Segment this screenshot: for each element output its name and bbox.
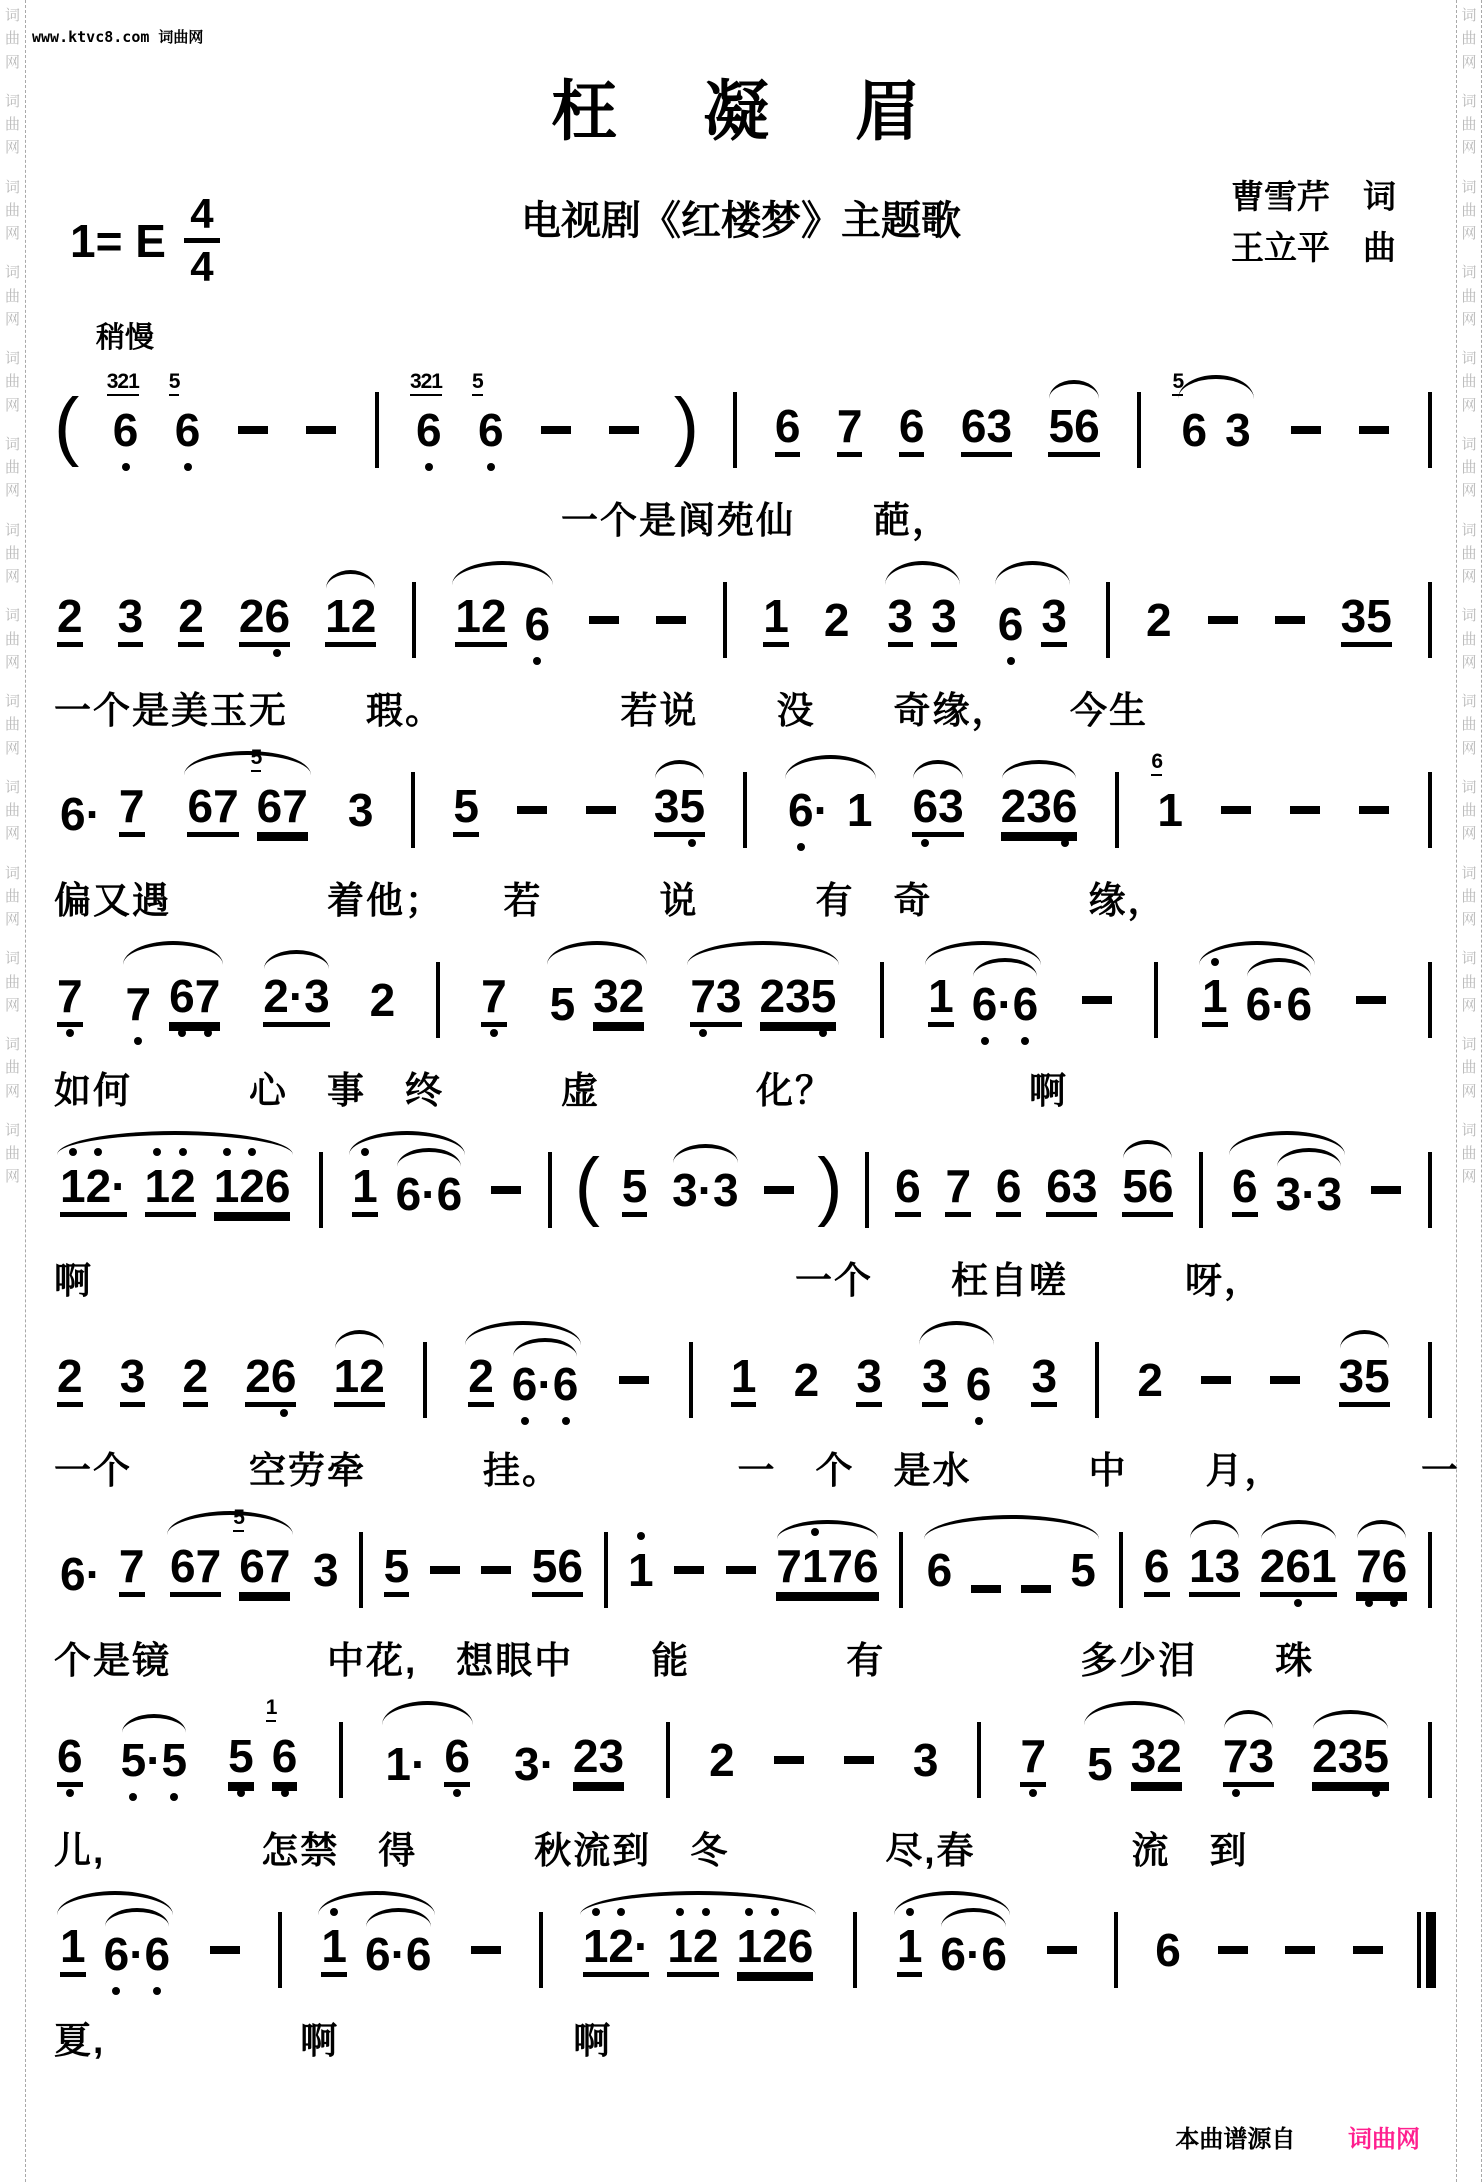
note-digit: 3 xyxy=(304,973,330,1019)
barline xyxy=(1428,582,1432,658)
note-group: 563 xyxy=(1178,407,1253,453)
note-digit: 6 xyxy=(966,1361,992,1407)
note-token: 56 xyxy=(1048,403,1099,457)
note-digit: 5 xyxy=(1363,1733,1389,1779)
note-token: 1 xyxy=(628,1547,654,1593)
barline xyxy=(733,392,737,468)
side-watermark-char: 词 xyxy=(0,519,25,542)
note-digit: 7 xyxy=(481,973,507,1019)
note-token: 6· xyxy=(60,1551,101,1597)
note-token: 235 xyxy=(760,973,837,1027)
note-token: 3 xyxy=(913,1737,939,1783)
note-digit: 2 xyxy=(239,593,265,639)
dash-note xyxy=(1353,1946,1383,1954)
note-token: 5 xyxy=(228,1733,254,1787)
time-bottom: 4 xyxy=(190,246,213,288)
barline xyxy=(865,1152,869,1228)
note-token: 7 xyxy=(1020,1733,1046,1787)
note-token: 1 xyxy=(928,973,954,1027)
note-digit: 1 xyxy=(928,973,954,1019)
grace-note: 6 xyxy=(1151,751,1162,776)
lyrics-row: 一个是美玉无 瑕。 若说 没 奇缘， 今生 xyxy=(54,680,1436,740)
note-digit: 6 xyxy=(187,783,213,829)
barline xyxy=(1428,1722,1432,1798)
note-token: 56 xyxy=(532,1543,583,1597)
note-digit: 3 xyxy=(1339,1353,1365,1399)
side-watermark-gap xyxy=(1457,931,1481,947)
note-token: 67 xyxy=(187,783,238,837)
note-token: 12 xyxy=(145,1163,196,1217)
side-watermark-left: 词曲网词曲网词曲网词曲网词曲网词曲网词曲网词曲网词曲网词曲网词曲网词曲网词曲网词… xyxy=(0,0,26,2182)
dash-note xyxy=(1285,1946,1315,1954)
note-token: 5 xyxy=(1087,1741,1113,1787)
side-watermark-char: 网 xyxy=(0,222,25,245)
note-digit: 2 xyxy=(86,1163,112,1209)
note-token: 2 xyxy=(794,1357,820,1403)
note-digit: · xyxy=(1271,981,1286,1027)
notes-row: 65·55161·63·2323753273235 xyxy=(54,1700,1436,1820)
note-token: 26 xyxy=(239,593,290,647)
side-watermark-char: 网 xyxy=(1457,394,1481,417)
note-digit: 7 xyxy=(126,981,152,1027)
side-watermark-char: 词 xyxy=(1457,261,1481,284)
parenthesis: ) xyxy=(674,392,699,460)
side-watermark-gap xyxy=(0,331,25,347)
note-token: 73 xyxy=(1223,1733,1274,1787)
note-token: 3 xyxy=(348,787,374,833)
barline xyxy=(278,1912,282,1988)
barline xyxy=(723,582,727,658)
note-token: 3 xyxy=(1031,1353,1057,1407)
side-watermark-char: 词 xyxy=(1457,862,1481,885)
side-watermark-char: 曲 xyxy=(1457,199,1481,222)
barline xyxy=(423,1342,427,1418)
note-digit: 3 xyxy=(1341,593,1367,639)
note-digit: 7 xyxy=(776,1543,802,1589)
note-digit: 6 xyxy=(257,783,283,829)
note-token: 3 xyxy=(922,1353,948,1407)
barline xyxy=(1119,1532,1123,1608)
note-token: 1 xyxy=(731,1353,757,1407)
note-digit: 1 xyxy=(737,1923,763,1969)
side-watermark-char: 曲 xyxy=(0,542,25,565)
lyrics-row: 偏又遇 着他； 若 说 有 奇 缘， xyxy=(54,870,1436,930)
side-watermark-char: 网 xyxy=(1457,1165,1481,1188)
note-token: 2 xyxy=(57,1353,83,1407)
note-token: 5 xyxy=(453,783,479,837)
side-watermark-char: 词 xyxy=(0,690,25,713)
note-digit: 1 xyxy=(385,1741,411,1787)
note-digit: 6 xyxy=(169,973,195,1019)
note-group: 73235 xyxy=(687,973,839,1027)
dash-note xyxy=(210,1946,240,1954)
barline xyxy=(359,1532,363,1608)
note-digit: 6 xyxy=(175,407,201,453)
note-token: 6·6 xyxy=(365,1931,432,1977)
notes-row: 12·1212616·6(53·3)676635663·3 xyxy=(54,1130,1436,1250)
dash-note xyxy=(1359,806,1389,814)
note-digit: 5 xyxy=(622,1163,648,1209)
side-watermark-char: 网 xyxy=(1457,136,1481,159)
notes-row: 6·76756735356·16323661 xyxy=(54,750,1436,870)
note-digit: 2 xyxy=(370,977,396,1023)
note-token: 12· xyxy=(583,1923,650,1977)
note-token: 2 xyxy=(57,593,83,647)
side-watermark-char: 曲 xyxy=(1457,885,1481,908)
side-watermark-char: 曲 xyxy=(1457,113,1481,136)
note-digit: 6 xyxy=(1285,1543,1311,1589)
note-token: 6 xyxy=(1144,1543,1170,1597)
note-token: 61 xyxy=(1157,787,1183,833)
side-watermark-char: 词 xyxy=(0,947,25,970)
note-digit: 3 xyxy=(120,1353,146,1399)
note-digit: 1 xyxy=(145,1163,171,1209)
note-token: 12· xyxy=(60,1163,127,1217)
note-digit: 5 xyxy=(532,1543,558,1589)
side-watermark-char: 曲 xyxy=(1457,27,1481,50)
note-digit: 1 xyxy=(667,1923,693,1969)
side-watermark-char: 网 xyxy=(0,136,25,159)
lyrics-row: 一个 空劳牵 挂。 一 个 是水 中 月， 一 xyxy=(54,1440,1436,1500)
note-digit: 3 xyxy=(713,1167,739,1213)
key-text: 1= E xyxy=(70,214,166,268)
note-token: 3216 xyxy=(416,407,442,453)
note-token: 6 xyxy=(998,601,1024,647)
side-watermark-char: 网 xyxy=(0,1080,25,1103)
note-token: 3 xyxy=(888,593,914,647)
note-digit: 2 xyxy=(709,1737,735,1783)
note-digit: 3 xyxy=(1215,1543,1241,1589)
side-watermark-gap xyxy=(1457,588,1481,604)
note-digit: 1 xyxy=(1157,787,1183,833)
key-signature: 1= E 4 4 xyxy=(70,193,220,288)
dash-note xyxy=(238,426,268,434)
note-digit: 6 xyxy=(1148,1163,1174,1209)
side-watermark-char: 网 xyxy=(0,822,25,845)
side-watermark-gap xyxy=(1457,674,1481,690)
note-digit: 2 xyxy=(608,1923,634,1969)
note-digit: 6 xyxy=(170,1543,196,1589)
notes-row: 6·7675673556171766561326176 xyxy=(54,1510,1436,1630)
barline xyxy=(1428,1342,1432,1418)
note-token: 5 xyxy=(1070,1547,1096,1593)
note-digit: 5 xyxy=(162,1737,188,1783)
grace-note: 5 xyxy=(233,1507,244,1532)
barline xyxy=(436,962,440,1038)
note-digit: · xyxy=(814,787,829,833)
dash-note xyxy=(589,616,619,624)
composer-credit: 王立平 曲 xyxy=(1231,222,1396,273)
note-digit: 6 xyxy=(145,1931,171,1977)
note-digit: 1 xyxy=(628,1547,654,1593)
note-digit: 3 xyxy=(654,783,680,829)
side-watermark-char: 词 xyxy=(0,261,25,284)
note-digit: 6 xyxy=(940,1931,966,1977)
note-digit: 6 xyxy=(996,1163,1022,1209)
side-watermark-char: 网 xyxy=(0,737,25,760)
side-watermark-char: 词 xyxy=(0,433,25,456)
note-digit: 7 xyxy=(282,783,308,829)
dash-note xyxy=(541,426,571,434)
music-line: 16·616·612·1212616·66夏, 啊 啊 xyxy=(54,1890,1436,2070)
note-token: 6 xyxy=(57,1733,83,1787)
note-digit: 2 xyxy=(351,593,377,639)
note-token: 2 xyxy=(183,1353,209,1407)
note-digit: 6 xyxy=(1046,1163,1072,1209)
time-top: 4 xyxy=(190,193,213,235)
side-watermark-gap xyxy=(0,417,25,433)
side-watermark-char: 词 xyxy=(1457,947,1481,970)
note-digit: 1 xyxy=(847,787,873,833)
barline xyxy=(604,1532,608,1608)
dash-note xyxy=(1047,1946,1077,1954)
note-digit: 1 xyxy=(897,1923,923,1969)
note-digit: · xyxy=(86,791,101,837)
note-token: 67 xyxy=(170,1543,221,1597)
note-digit: 3 xyxy=(888,593,914,639)
note-digit: 7 xyxy=(196,1543,222,1589)
music-line: 2322612126123363235一个是美玉无 瑕。 若说 没 奇缘， 今生 xyxy=(54,560,1436,740)
side-watermark-char: 曲 xyxy=(1457,628,1481,651)
note-digit: · xyxy=(421,1171,436,1217)
side-watermark-gap xyxy=(0,760,25,776)
note-digit: 7 xyxy=(119,783,145,829)
note-digit: 6 xyxy=(981,1931,1007,1977)
sheet-music-page: 词曲网词曲网词曲网词曲网词曲网词曲网词曲网词曲网词曲网词曲网词曲网词曲网词曲网词… xyxy=(0,0,1482,2182)
note-digit: 1 xyxy=(731,1353,757,1399)
note-digit: 2 xyxy=(170,1163,196,1209)
side-watermark-char: 网 xyxy=(1457,479,1481,502)
note-digit: 7 xyxy=(1223,1733,1249,1779)
side-watermark-char: 网 xyxy=(1457,51,1481,74)
note-token: 3 xyxy=(118,593,144,647)
note-digit: 2 xyxy=(239,1163,265,1209)
note-digit: 6 xyxy=(899,403,925,449)
note-token: 126 xyxy=(214,1163,291,1217)
note-digit: 6 xyxy=(1013,981,1039,1027)
note-digit: 2 xyxy=(1312,1733,1338,1779)
side-watermark-char: 曲 xyxy=(0,1142,25,1165)
barline xyxy=(1137,392,1141,468)
note-token: 63 xyxy=(1046,1163,1097,1217)
side-watermark-char: 词 xyxy=(0,176,25,199)
side-watermark-char: 曲 xyxy=(1457,1056,1481,1079)
notes-row: 16·616·612·1212616·66 xyxy=(54,1890,1436,2010)
note-group: 16·6 xyxy=(57,1923,173,1977)
note-token: 32 xyxy=(593,973,644,1027)
side-watermark-char: 曲 xyxy=(0,971,25,994)
side-watermark-char: 曲 xyxy=(1457,1142,1481,1165)
note-digit: · xyxy=(1301,1171,1316,1217)
note-digit: 3 xyxy=(1249,1733,1275,1779)
note-token: 5 xyxy=(550,981,576,1027)
song-title: 枉 凝 眉 xyxy=(0,0,1482,153)
note-digit: 1 xyxy=(334,1353,360,1399)
note-digit: 3 xyxy=(931,593,957,639)
music-line: 232261226·6123363235一个 空劳牵 挂。 一 个 是水 中 月… xyxy=(54,1320,1436,1500)
grace-note: 321 xyxy=(107,371,139,396)
note-token: 6 xyxy=(1232,1163,1258,1217)
side-watermark-char: 曲 xyxy=(1457,713,1481,736)
dash-note xyxy=(471,1946,501,1954)
dash-note xyxy=(1021,1585,1051,1593)
note-digit: 6 xyxy=(1232,1163,1258,1209)
note-token: 7 xyxy=(119,1543,145,1597)
note-digit: 6 xyxy=(557,1543,583,1589)
note-token: 567 xyxy=(257,783,308,837)
note-token: 3 xyxy=(1041,593,1067,647)
note-digit: 6 xyxy=(265,1163,291,1209)
note-digit: 1 xyxy=(1202,973,1228,1019)
note-digit: 5 xyxy=(679,783,705,829)
side-watermark-char: 曲 xyxy=(1457,799,1481,822)
note-digit: 3 xyxy=(1225,407,1251,453)
note-digit: · xyxy=(411,1741,426,1787)
note-group: 6·1 xyxy=(785,787,876,833)
note-digit: 6 xyxy=(416,407,442,453)
note-digit: 7 xyxy=(119,1543,145,1589)
note-digit: 6 xyxy=(57,1733,83,1779)
dash-note xyxy=(619,1376,649,1384)
note-digit: · xyxy=(540,1741,555,1787)
note-digit: 1 xyxy=(763,593,789,639)
note-digit: · xyxy=(698,1167,713,1213)
note-group: 16·6 xyxy=(1199,973,1315,1027)
side-watermark-gap xyxy=(0,245,25,261)
note-digit: 2 xyxy=(359,1353,385,1399)
side-watermark-char: 词 xyxy=(1457,4,1481,27)
lyrics-row: 个是镜 中花, 想眼中 能 有 多少泪 珠 xyxy=(54,1630,1436,1690)
note-digit: 6 xyxy=(788,787,814,833)
side-watermark-char: 网 xyxy=(0,394,25,417)
note-group: 12·12126 xyxy=(580,1923,816,1977)
note-digit: 7 xyxy=(265,1543,291,1589)
grace-note: 5 xyxy=(472,371,483,396)
note-digit: 6 xyxy=(788,1923,814,1969)
note-digit: 6 xyxy=(998,601,1024,647)
note-group: 16·6 xyxy=(894,1923,1010,1977)
side-watermark-char: 网 xyxy=(1457,994,1481,1017)
barline xyxy=(880,962,884,1038)
barline xyxy=(375,392,379,468)
side-watermark-gap xyxy=(0,1017,25,1033)
note-digit: · xyxy=(111,1163,126,1209)
note-digit: 5 xyxy=(228,1733,254,1779)
side-watermark-char: 词 xyxy=(1457,690,1481,713)
note-token: 32 xyxy=(1131,1733,1182,1787)
parenthesis: ( xyxy=(54,392,79,460)
note-digit: 2 xyxy=(573,1733,599,1779)
note-digit: 5 xyxy=(1122,1163,1148,1209)
music-line: 65·55161·63·2323753273235儿, 怎禁 得 秋流到 冬 尽… xyxy=(54,1700,1436,1880)
side-watermark-char: 词 xyxy=(1457,1119,1481,1142)
side-watermark-gap xyxy=(1457,417,1481,433)
note-token: 236 xyxy=(1001,783,1078,837)
note-token: 1 xyxy=(897,1923,923,1977)
side-watermark-char: 词 xyxy=(0,1119,25,1142)
side-watermark-char: 曲 xyxy=(0,199,25,222)
note-digit: 2 xyxy=(762,1923,788,1969)
notes-row: 232261226·6123363235 xyxy=(54,1320,1436,1440)
note-digit: 7 xyxy=(837,403,863,449)
note-digit: 1 xyxy=(321,1923,347,1969)
note-token: 67 xyxy=(169,973,220,1027)
note-digit: · xyxy=(146,1737,161,1783)
side-watermark-gap xyxy=(1457,846,1481,862)
side-watermark-char: 词 xyxy=(0,4,25,27)
side-watermark-char: 曲 xyxy=(0,456,25,479)
notes-row: (321656321656)6766356563 xyxy=(54,370,1436,490)
parenthesis: ( xyxy=(575,1152,600,1220)
note-digit: 7 xyxy=(1020,1733,1046,1779)
note-group: 532 xyxy=(1084,1733,1185,1787)
side-watermark-gap xyxy=(1457,760,1481,776)
note-token: 7 xyxy=(126,981,152,1027)
note-digit: 6 xyxy=(525,601,551,647)
note-digit: 2 xyxy=(760,973,786,1019)
note-token: 3 xyxy=(120,1353,146,1407)
note-digit: 3 xyxy=(938,783,964,829)
grace-note: 5 xyxy=(1172,371,1183,396)
note-group: 12·12126 xyxy=(57,1163,293,1217)
dash-note xyxy=(1290,806,1320,814)
note-token: 12 xyxy=(325,593,376,647)
note-digit: 6 xyxy=(113,407,139,453)
side-watermark-char: 网 xyxy=(1457,737,1481,760)
note-digit: 1 xyxy=(60,1923,86,1969)
note-token: 6 xyxy=(775,403,801,457)
side-watermark-char: 词 xyxy=(0,347,25,370)
lyricist-credit: 曹雪芹 词 xyxy=(1231,171,1396,222)
dash-note xyxy=(1082,996,1112,1004)
dash-note xyxy=(609,426,639,434)
note-token: 7 xyxy=(481,973,507,1027)
note-token: 7 xyxy=(945,1163,971,1217)
note-digit: 6 xyxy=(1155,1927,1181,1973)
note-token: 2·3 xyxy=(263,973,330,1027)
note-digit: 2 xyxy=(824,597,850,643)
note-token: 3·3 xyxy=(1276,1171,1343,1217)
note-group: 63 xyxy=(995,593,1070,647)
note-token: 2 xyxy=(824,597,850,643)
note-digit: 3 xyxy=(672,1167,698,1213)
barline xyxy=(1428,962,1432,1038)
note-token: 12 xyxy=(334,1353,385,1407)
note-token: 6·6 xyxy=(972,981,1039,1027)
barline xyxy=(899,1532,903,1608)
note-digit: 1 xyxy=(325,593,351,639)
lyrics-row: 啊 一个 枉自嗟 呀， xyxy=(54,1250,1436,1310)
note-digit: 3 xyxy=(593,973,619,1019)
note-digit: 2 xyxy=(245,1353,271,1399)
note-digit: 6 xyxy=(1074,403,1100,449)
lyrics-row: 夏, 啊 啊 xyxy=(54,2010,1436,2070)
side-watermark-char: 曲 xyxy=(0,113,25,136)
side-watermark-char: 词 xyxy=(0,90,25,113)
dash-note xyxy=(1218,1946,1248,1954)
note-token: 35 xyxy=(1339,1353,1390,1407)
note-digit: 1 xyxy=(455,593,481,639)
note-digit: 3 xyxy=(856,1353,882,1399)
dash-note xyxy=(1356,996,1386,1004)
note-token: 2 xyxy=(468,1353,494,1407)
note-digit: 3 xyxy=(1072,1163,1098,1209)
note-digit: 2 xyxy=(178,593,204,639)
note-digit: 6 xyxy=(961,403,987,449)
note-digit: 6 xyxy=(1246,981,1272,1027)
note-digit: 6 xyxy=(60,1551,86,1597)
note-digit: 6 xyxy=(437,1171,463,1217)
